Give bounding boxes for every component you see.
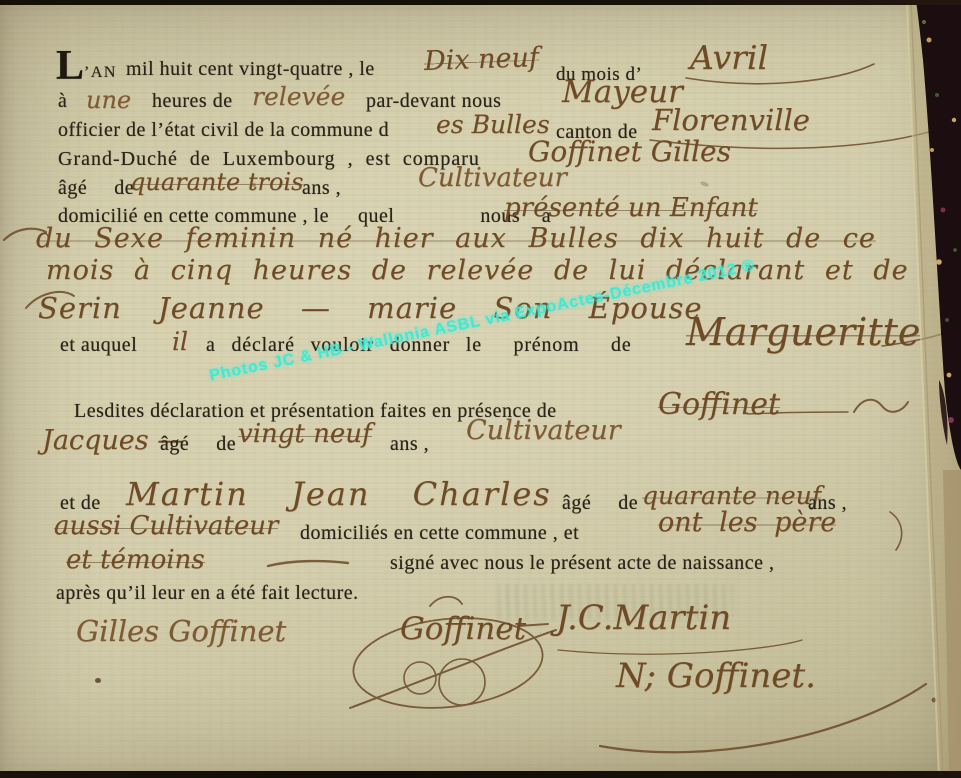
signature-gilles-goffinet: Gilles Goffinet	[76, 614, 286, 648]
handwritten-il: il	[172, 327, 188, 356]
goffinet-paraph-loop2	[439, 659, 485, 705]
printed-l13-age: âgé de	[562, 492, 638, 515]
page-edge-highlight	[907, 0, 939, 778]
handwritten-child-firstname: Margueritte	[686, 310, 920, 354]
handwritten-birth-line2: mois à cinq heures de relevée de lui déc…	[46, 255, 909, 286]
printed-drop-cap: L	[56, 42, 84, 90]
signature-goffinet-paraph: Goffinet	[400, 611, 526, 647]
handwritten-day: Dix neuf	[423, 42, 539, 77]
photo-border-top	[0, 0, 961, 5]
printed-l1-an: ’AN	[84, 64, 117, 82]
handwritten-month: Avril	[690, 38, 768, 77]
register-page-photo: L ’AN mil huit cent vingt-quatre , le Di…	[0, 0, 961, 778]
handwritten-witness2-profession: aussi Cultivateur	[54, 511, 278, 541]
printed-l2-a: à	[58, 90, 67, 113]
photo-border-bottom	[0, 771, 961, 778]
witness1-tilde-flourish	[854, 400, 908, 412]
printed-l3-officier: officier de l’état civil de la commune d	[58, 119, 389, 142]
handwritten-hour: une	[86, 86, 131, 114]
printed-l15-signe: signé avec nous le présent acte de naiss…	[390, 552, 775, 575]
handwritten-canton: Florenville	[652, 103, 810, 137]
goffinet-paraph-curl	[430, 597, 462, 606]
printed-l14-domicilies: domiciliés en cette commune , et	[300, 522, 579, 545]
ink-spot	[252, 183, 256, 187]
handwritten-et-temoins: et témoins	[66, 545, 205, 575]
printed-l12-age: âgé de	[160, 433, 236, 456]
handwritten-witness2-age: quarante neuf	[642, 481, 821, 510]
handwritten-ont-les-pere: ont les père	[658, 507, 836, 538]
ink-spot	[95, 678, 101, 683]
book-binding-edge	[899, 0, 961, 778]
handwritten-witness2-name: Martin Jean Charles	[126, 475, 552, 513]
handwritten-birth-line1: du Sexe feminin né hier aux Bulles dix h…	[36, 223, 876, 254]
handwritten-witness1-profession: Cultivateur	[466, 415, 621, 446]
handwritten-witness1-age: vingt neuf	[238, 419, 372, 449]
signature-jc-martin: J.C.Martin	[556, 598, 731, 638]
handwritten-witness1-surname: Goffinet	[658, 387, 780, 422]
handwritten-declarant-profession: Cultivateur	[418, 163, 567, 193]
marbled-cover	[916, 0, 961, 470]
printed-l10-et-auquel: et auquel	[60, 334, 137, 357]
marble-speckles	[922, 20, 957, 423]
handwritten-relevee: relevée	[252, 82, 345, 111]
page-edge-shadow	[907, 0, 961, 778]
printed-l5-age: âgé de	[58, 177, 134, 200]
goffinet-paraph-loop1	[404, 662, 436, 694]
pere-closing-paren-stroke	[890, 512, 902, 550]
printed-l1-year: mil huit cent vingt-quatre , le	[126, 58, 375, 81]
ink-spot	[700, 181, 710, 188]
marble-patch	[939, 380, 948, 445]
handwritten-declarant-age: quarante trois	[130, 168, 303, 196]
temoins-dash-stroke	[268, 561, 348, 566]
handwritten-presente-enfant: présenté un Enfant	[504, 193, 758, 223]
signature-n-goffinet: N; Goffinet.	[616, 656, 816, 696]
printed-l5-ans: ans ,	[302, 177, 341, 200]
ngoffinet-period-dot	[932, 698, 937, 703]
printed-l2-heures: heures de	[152, 90, 233, 113]
page-crease-line	[911, 0, 943, 778]
martin-underline	[558, 640, 802, 654]
printed-l12-ans: ans ,	[390, 433, 429, 456]
lower-edge-band	[943, 470, 961, 778]
printed-l16-lecture: après qu’il leur en a été fait lecture.	[56, 582, 359, 605]
